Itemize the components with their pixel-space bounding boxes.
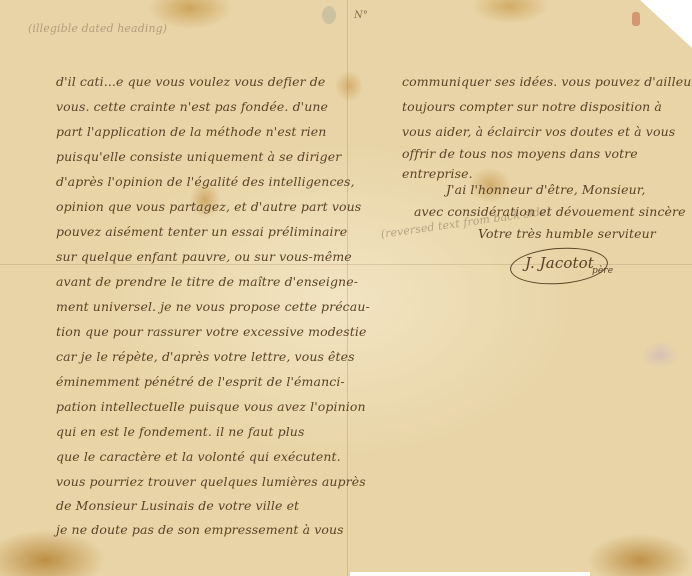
text-line: part l'application de la méthode n'est r…: [56, 124, 326, 139]
text-line: vous pourriez trouver quelques lumières …: [56, 474, 366, 489]
text-line: que le caractère et la volonté qui exécu…: [56, 449, 341, 464]
red-seal-mark: [632, 12, 640, 26]
text-line: qui en est le fondement. il ne faut plus: [56, 424, 304, 439]
signature-suffix: père: [592, 266, 613, 276]
text-line: car je le répète, d'après votre lettre, …: [56, 349, 355, 364]
text-line: d'après l'opinion de l'égalité des intel…: [56, 174, 355, 189]
text-line: pation intellectuelle puisque vous avez …: [56, 399, 366, 414]
closing-servant: Votre très humble serviteur: [478, 226, 656, 241]
text-line: sur quelque enfant pauvre, ou sur vous-m…: [56, 249, 352, 264]
text-line: avant de prendre le titre de maître d'en…: [56, 274, 358, 289]
faint-heading: (illegible dated heading): [28, 22, 167, 35]
text-line: opinion que vous partagez, et d'autre pa…: [56, 199, 361, 214]
closing-salutation: J'ai l'honneur d'être, Monsieur,: [446, 182, 646, 197]
text-line: vous aider, à éclaircir vos doutes et à …: [402, 124, 675, 139]
closing-line: avec considération et dévouement sincère: [414, 204, 686, 219]
text-line: pouvez aisément tenter un essai prélimin…: [56, 224, 347, 239]
text-line: offrir de tous nos moyens dans votre: [402, 146, 638, 161]
text-line: toujours compter sur notre disposition à: [402, 99, 662, 114]
text-line: tion que pour rassurer votre excessive m…: [56, 324, 367, 339]
torn-bottom-edge: [350, 572, 590, 576]
text-line: éminemment pénétré de l'esprit de l'éman…: [56, 374, 345, 389]
text-line: d'il cati...e que vous voulez vous defie…: [56, 74, 325, 89]
text-line: puisqu'elle consiste uniquement à se dir…: [56, 149, 341, 164]
signature: J. Jacotot: [525, 254, 594, 272]
text-line: je ne doute pas de son empressement à vo…: [56, 522, 344, 537]
text-line: ment universel. je ne vous propose cette…: [56, 299, 370, 314]
text-line: entreprise.: [402, 166, 473, 181]
reference-mark: N°: [354, 10, 368, 21]
ink-blot: [322, 6, 336, 24]
text-line: communiquer ses idées. vous pouvez d'ail…: [402, 74, 692, 89]
text-line: de Monsieur Lusinais de votre ville et: [56, 498, 299, 513]
text-line: vous. cette crainte n'est pas fondée. d'…: [56, 99, 328, 114]
torn-corner: [640, 0, 692, 48]
